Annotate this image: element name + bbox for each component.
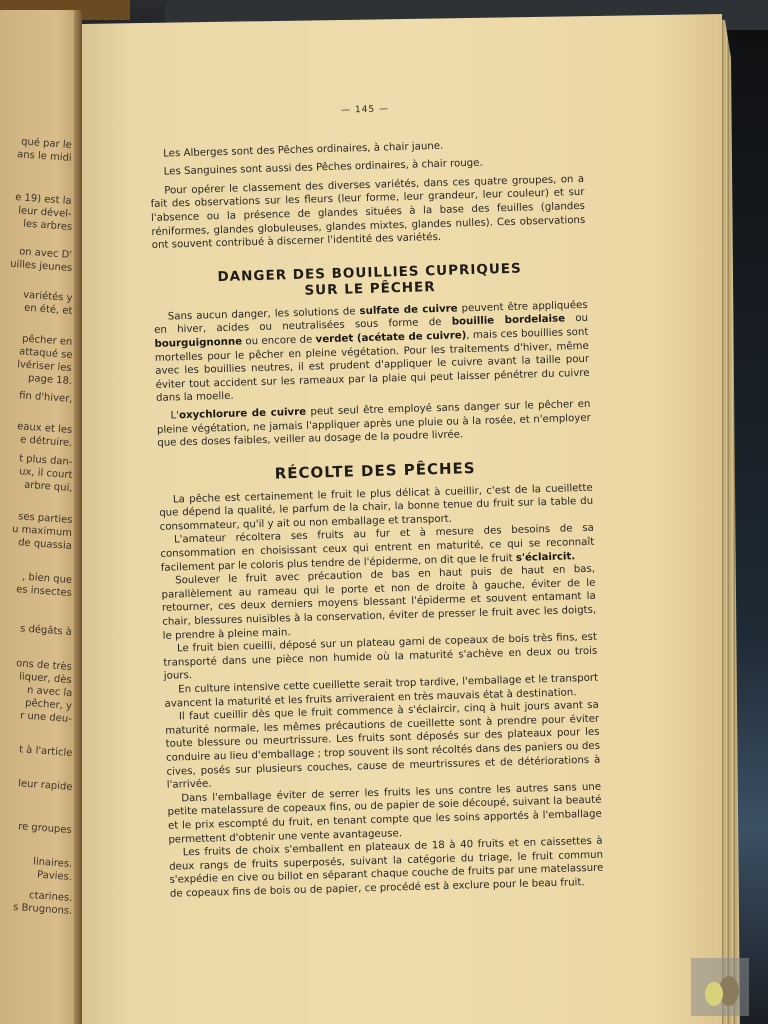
left-page-fragment: n avec la [26, 685, 72, 699]
bold-term: sulfate de cuivre [359, 303, 457, 317]
left-page-fragment: pêcher, y [25, 698, 73, 712]
paragraph-recolte-3: Soulever le fruit avec précaution de bas… [161, 563, 597, 643]
text-run: ou [565, 313, 588, 325]
book-gutter [74, 10, 82, 1024]
left-page-fragment: variétés y [22, 290, 72, 304]
left-page-fragment: linaires. [32, 856, 72, 870]
bold-term: oxychlorure de cuivre [179, 407, 306, 422]
left-page-fragment: ans le midi [17, 149, 72, 164]
left-page-fragment: fin d'hiver, [18, 390, 72, 405]
bold-term: s'éclaircit. [516, 551, 576, 564]
left-page-fragment: Pavies. [37, 870, 73, 883]
bold-term: verdet (acétate de cuivre) [315, 330, 466, 345]
watermark-fruit-icon [705, 982, 723, 1006]
left-page-fragment: qué par le [21, 136, 72, 151]
left-page-fragment: liquer, dès [19, 671, 72, 686]
left-page-fragment: les arbres [23, 219, 73, 233]
left-page-fragment: de quassia [18, 537, 72, 552]
intro-paragraph-classement: Pour opérer le classement des diverses v… [150, 173, 586, 253]
left-page-fragment: re groupes [18, 821, 72, 836]
left-page-fragment: en été, et [23, 303, 72, 317]
left-page-fragment: e détruire. [20, 434, 73, 449]
section-heading-recolte: RÉCOLTE DES PÊCHES [158, 456, 592, 484]
left-page-fragment: pêcher en [21, 334, 72, 348]
paragraph-recolte-6: Il faut cueillir dès que le fruit commen… [165, 699, 601, 793]
left-page-fragment: t à l'article [18, 744, 72, 759]
text-run: peut seul être employé sans danger sur l… [157, 399, 591, 449]
left-page-fragment: leur rapide [17, 778, 72, 793]
bold-term: bourguignonne [154, 336, 242, 349]
paragraph-oxychlorure: L'oxychlorure de cuivre peut seul être e… [156, 398, 591, 451]
left-page-fragment: s Brugnons. [13, 902, 73, 917]
left-page-fragment: ctarines. [28, 890, 72, 904]
left-page-fragment: on avec D' [19, 246, 73, 261]
left-page-fragment: attaqué se [18, 346, 72, 361]
left-page: qué par le ans le midi e 19) est la leur… [0, 10, 82, 1024]
left-page-fragment: es insectes [16, 584, 72, 599]
thumbnail-watermark [691, 958, 749, 1016]
text-run: ou encore de [242, 334, 316, 347]
section-heading-bouillies: DANGER DES BOUILLIES CUPRIQUES SUR LE PÊ… [152, 259, 587, 303]
left-page-fragment: s dégâts à [20, 623, 72, 638]
page-content: — 145 — Les Alberges sont des Pêches ord… [148, 98, 604, 901]
left-page-fragment: uilles jeunes [10, 259, 73, 274]
left-page-fragment: leur dével- [18, 205, 72, 220]
left-page-fragment: , bien que [22, 572, 73, 586]
left-page-fragment: arbre qui, [23, 480, 72, 494]
left-page-fragment: page 18. [28, 373, 73, 387]
paragraph-sulfate: Sans aucun danger, les solutions de sulf… [154, 299, 590, 406]
bold-term: bouillie bordelaise [452, 314, 566, 328]
left-page-fragment: r une deu- [20, 710, 72, 725]
left-page-fragment: lvériser les [17, 359, 72, 374]
